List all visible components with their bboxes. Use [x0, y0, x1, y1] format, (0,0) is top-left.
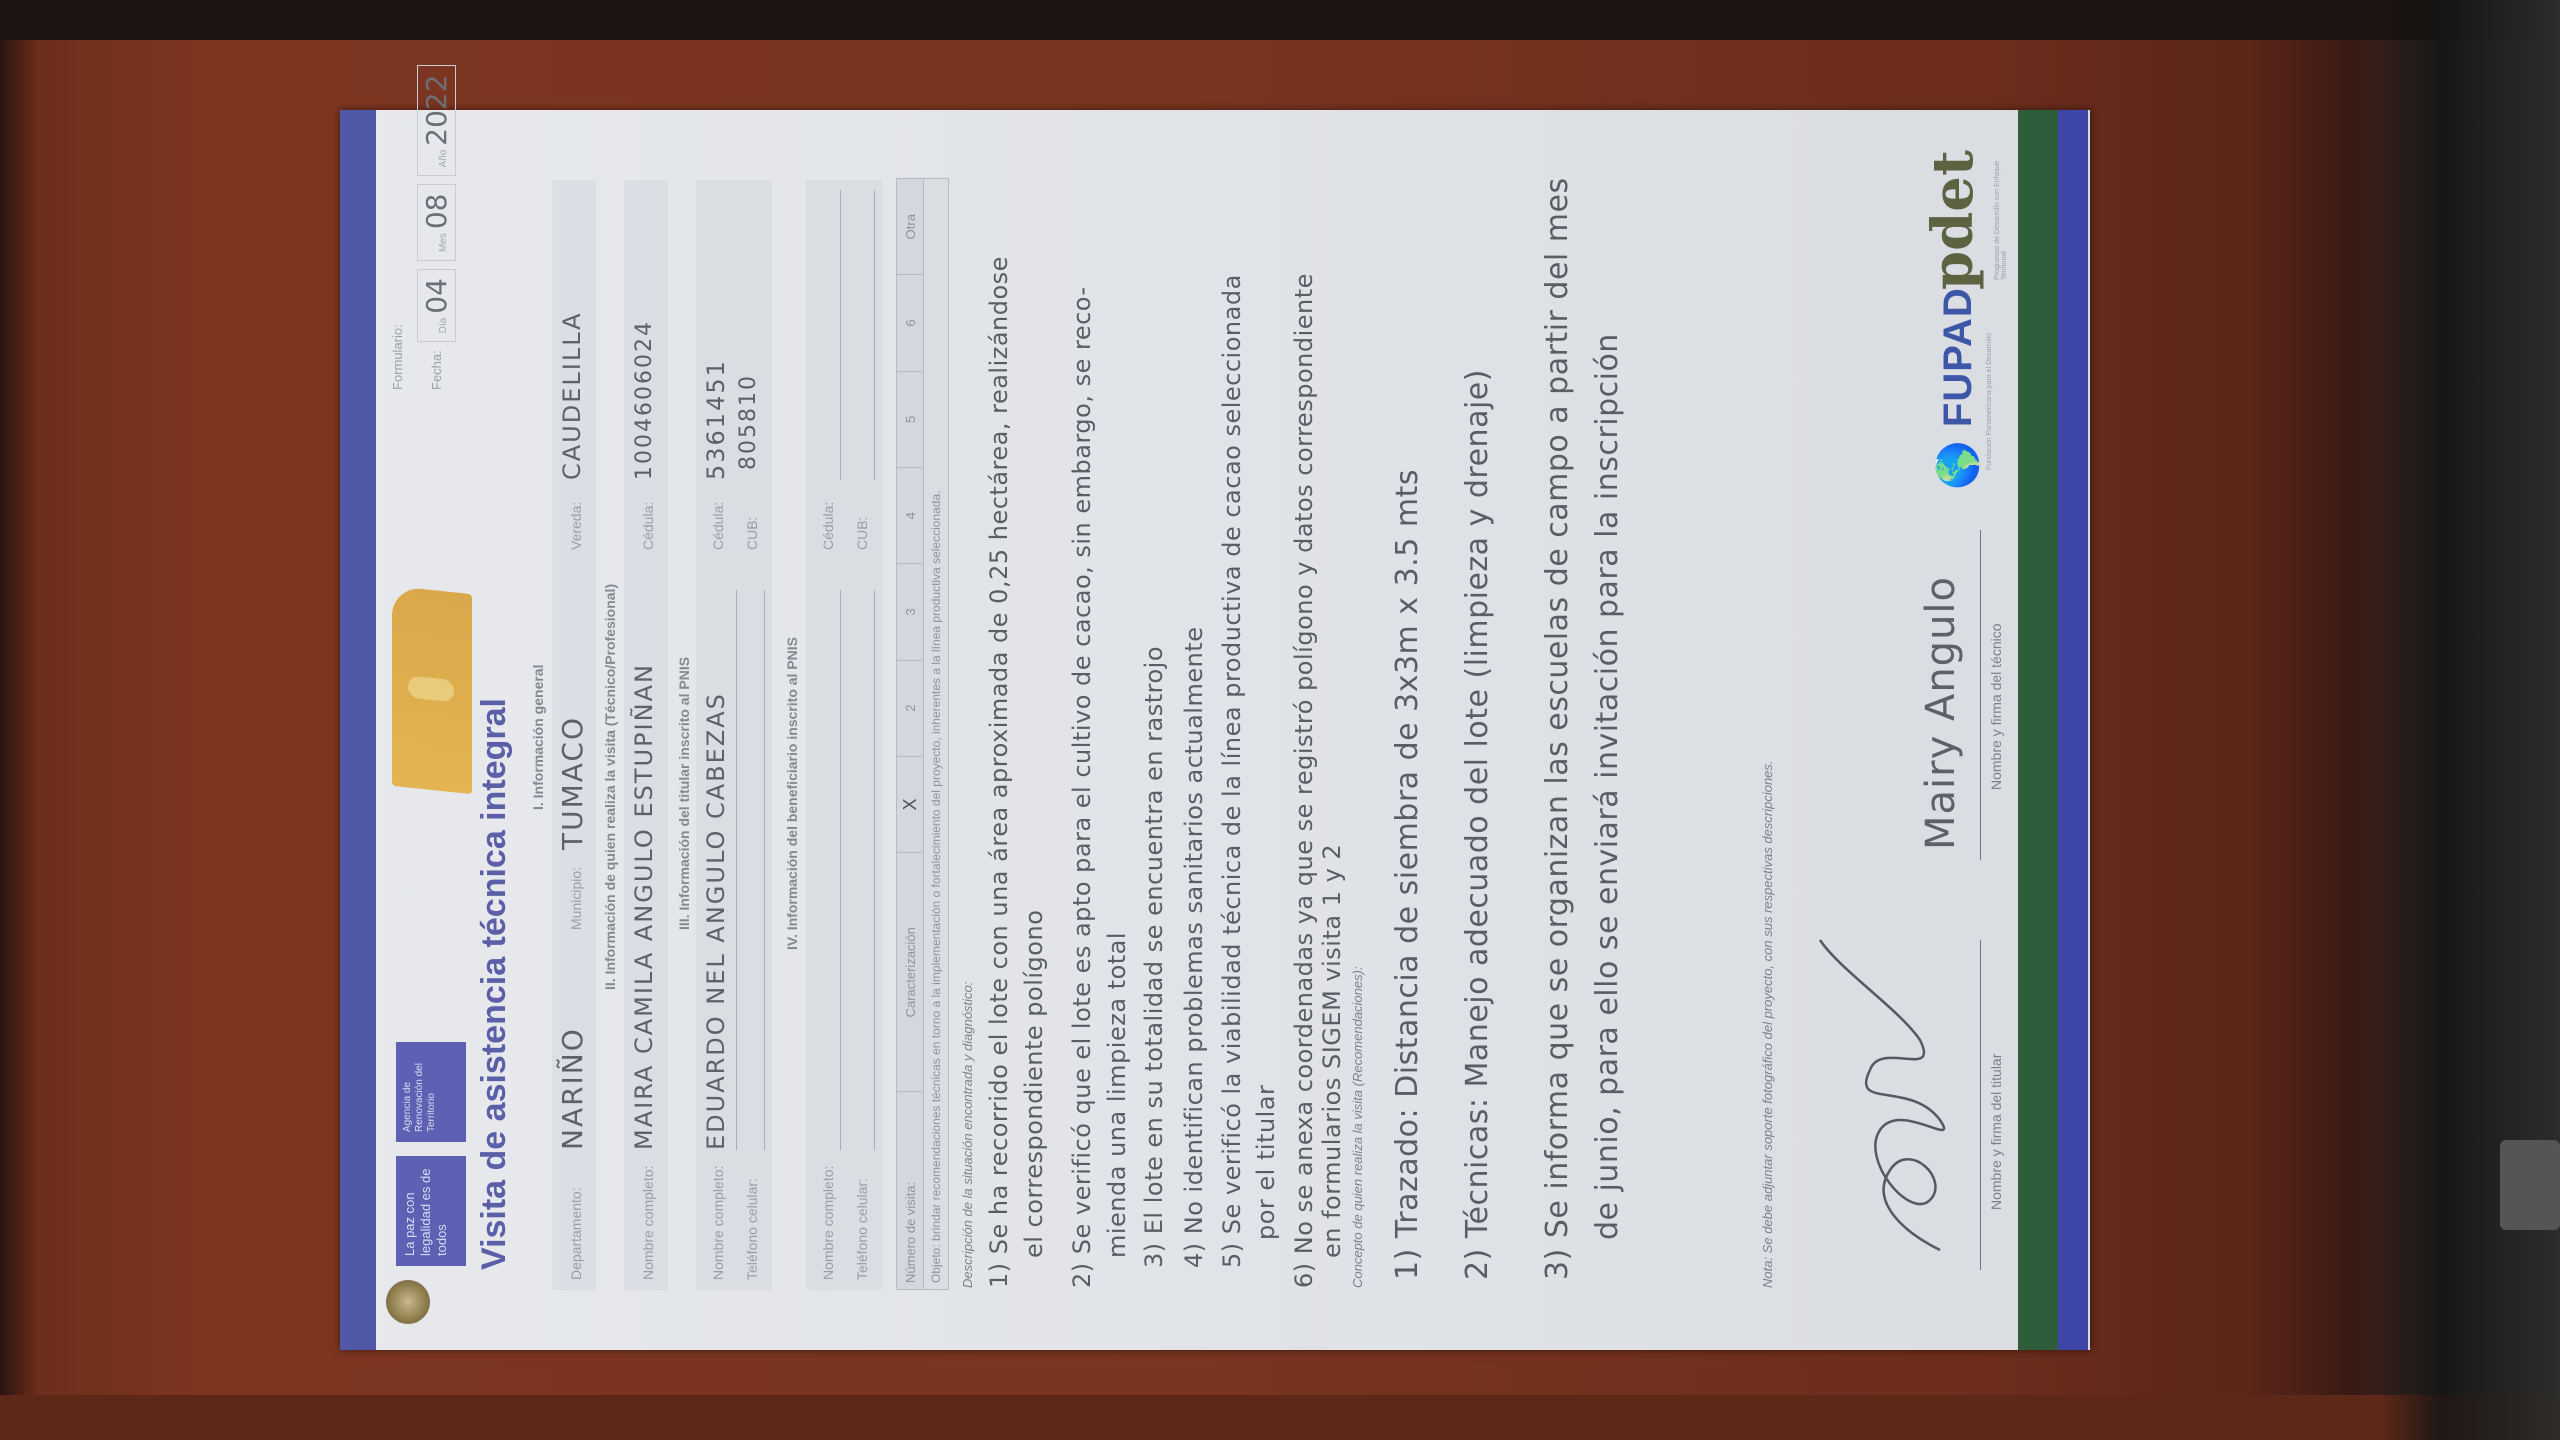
titular-signature [1780, 930, 1980, 1270]
program-logo [392, 586, 472, 794]
recommendations-label: Concepto de quien realiza la visita (Rec… [1350, 966, 1365, 1288]
date-day: Día04 [417, 269, 456, 342]
form-top-band [340, 110, 376, 1350]
fupad-subtitle: Fundación Panamericana para el Desarroll… [1986, 333, 1993, 470]
description-line: por el titular [1252, 1085, 1280, 1240]
municipio-value: TUMACO [556, 716, 589, 850]
visit-option-4: 4 [897, 467, 923, 563]
month-value: 08 [420, 194, 453, 230]
description-label: Descripción de la situación encontrada y… [960, 982, 975, 1288]
visit-option-caracterizacion: Caracterización [897, 852, 923, 1091]
titular-cub-label: CUB: [744, 517, 760, 550]
section-1-heading: I. Información general [530, 665, 546, 810]
object-on-desk [2500, 1140, 2560, 1230]
visit-option-2: 2 [897, 660, 923, 756]
tecnico-signature: Mairy Angulo [1918, 576, 1964, 850]
titular-nombre-label: Nombre completo: [710, 1166, 726, 1280]
visit-number-row: Número de visita: Caracterización X 2 3 … [897, 179, 924, 1289]
date-year: Año2022 [417, 65, 456, 176]
beneficiario-nombre-label: Nombre completo: [820, 1166, 836, 1280]
description-line: mienda una limpieza total [1103, 932, 1131, 1258]
visit-option-3: 3 [897, 563, 923, 659]
description-line: 3) El lote en su totalidad se encuentra … [1140, 646, 1168, 1268]
municipio-label: Municipio: [568, 867, 584, 930]
beneficiario-telefono-line [874, 590, 875, 1150]
description-line: 6) No se anexa coordenadas ya que se reg… [1290, 273, 1318, 1288]
tecnico-signature-caption: Nombre y firma del técnico [1988, 623, 2004, 790]
vereda-label: Vereda: [568, 502, 584, 550]
date-label: Fecha: [429, 350, 444, 390]
titular-signature-caption: Nombre y firma del titular [1988, 1054, 2004, 1210]
form-title: Visita de asistencia técnica integral [475, 698, 514, 1270]
section-4-heading: IV. Información del beneficiario inscrit… [784, 637, 800, 950]
recommendation-line: de junio, para ello se enviará invitació… [1590, 333, 1625, 1240]
desk-surface [0, 1395, 2560, 1440]
visit-objective: Objeto: brindar recomendaciones técnicas… [924, 179, 948, 1289]
description-line: 5) Se verificó la viabilidad técnica de … [1218, 274, 1246, 1268]
form-photo: La paz con legalidad es de todos Agencia… [340, 110, 2090, 1350]
visit-option-otra: Otra [897, 179, 923, 274]
titular-nombre-line [736, 590, 737, 1150]
year-value: 2022 [420, 74, 453, 145]
description-line: en formularios SIGEM visita 1 y 2 [1318, 844, 1346, 1258]
date-row: Fecha: Día04 Mes08 Año2022 [417, 65, 456, 390]
agency-logo: Agencia de Renovación del Territorio [396, 1042, 466, 1142]
globe-icon: 🌎 [1936, 439, 1980, 490]
visit-option-5: 5 [897, 371, 923, 467]
row-band [806, 180, 882, 1290]
departamento-label: Departamento: [568, 1187, 584, 1280]
recommendation-line: 2) Técnicas: Manejo adecuado del lote (l… [1460, 369, 1495, 1280]
visit-option-6: 6 [897, 274, 923, 370]
section-3-heading: III. Información del titular inscrito al… [676, 657, 692, 930]
recommendation-line: 1) Trazado: Distancia de siembra de 3x3m… [1390, 469, 1425, 1280]
titular-cedula-label: Cédula: [710, 502, 726, 550]
visit-number-label: Número de visita: [897, 1091, 923, 1289]
beneficiario-cedula-line [840, 190, 841, 480]
tecnico-signature-line [1980, 530, 1981, 860]
visit-number-table: Número de visita: Caracterización X 2 3 … [896, 178, 949, 1290]
form-sheet: La paz con legalidad es de todos Agencia… [340, 110, 2090, 1350]
description-line: el correspondiente polígono [1020, 910, 1048, 1258]
fupad-logo: 🌎 FUPAD [1934, 287, 1981, 490]
titular-nombre-value: EDUARDO NEL ANGULO CABEZAS [702, 692, 730, 1150]
tecnico-nombre-label: Nombre completo: [640, 1166, 656, 1280]
departamento-value: NARIÑO [556, 1027, 589, 1150]
form-meta: Formulario: Fecha: Día04 Mes08 Año2022 [390, 65, 456, 390]
footer-blue-band [2058, 110, 2088, 1350]
day-value: 04 [420, 278, 453, 314]
titular-cub-value: 805810 [736, 374, 761, 470]
tecnico-nombre-value: MAIRA CAMILA ANGULO ESTUPIÑAN [630, 663, 658, 1150]
tecnico-cedula-value: 1004606024 [632, 320, 657, 480]
form-label: Formulario: [390, 65, 405, 390]
desk-edge [0, 0, 2560, 40]
section-2-heading: II. Información de quien realiza la visi… [602, 584, 618, 990]
pdet-logo: pdet [1920, 150, 1986, 290]
beneficiario-telefono-label: Teléfono celular: [854, 1178, 870, 1280]
footer-green-band [2018, 110, 2058, 1350]
tecnico-cedula-label: Cédula: [640, 502, 656, 550]
description-line: 1) Se ha recorrido el lote con una área … [985, 256, 1013, 1288]
visit-selected-mark: X [900, 798, 921, 810]
recommendation-line: 3) Se informa que se organizan las escue… [1540, 177, 1575, 1280]
beneficiario-cub-line [874, 190, 875, 480]
vereda-value: CAUDELILLA [558, 311, 586, 480]
visit-option-1: X [897, 756, 923, 852]
pdet-subtitle: Programas de Desarrollo con Enfoque Terr… [1994, 160, 2008, 280]
colombia-coat-of-arms-icon [386, 1280, 430, 1324]
date-month: Mes08 [417, 185, 456, 262]
titular-cedula-value: 5361451 [702, 359, 730, 480]
description-line: 2) Se verificó que el lote es apto para … [1068, 286, 1096, 1288]
description-line: 4) No identifican problemas sanitarios a… [1180, 627, 1208, 1268]
footer-note: Nota: Se debe adjuntar soporte fotográfi… [1760, 760, 1775, 1288]
titular-telefono-label: Teléfono celular: [744, 1178, 760, 1280]
beneficiario-cedula-label: Cédula: [820, 502, 836, 550]
gov-slogan-logo: La paz con legalidad es de todos [396, 1156, 466, 1266]
beneficiario-nombre-line [840, 590, 841, 1150]
beneficiario-cub-label: CUB: [854, 517, 870, 550]
titular-signature-line [1980, 940, 1981, 1270]
titular-telefono-line [764, 590, 765, 1150]
